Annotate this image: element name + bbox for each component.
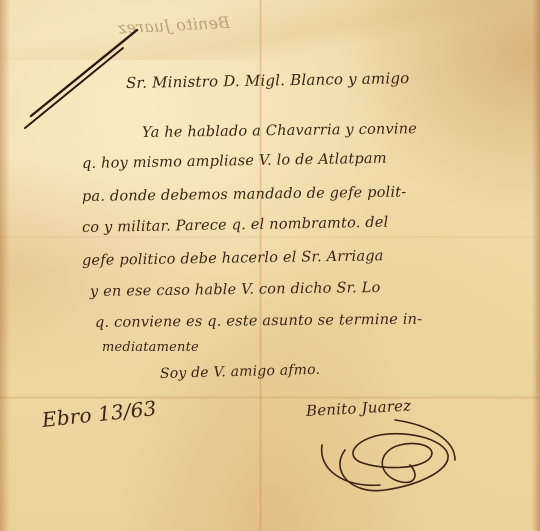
signature-rubric: [0, 0, 540, 531]
